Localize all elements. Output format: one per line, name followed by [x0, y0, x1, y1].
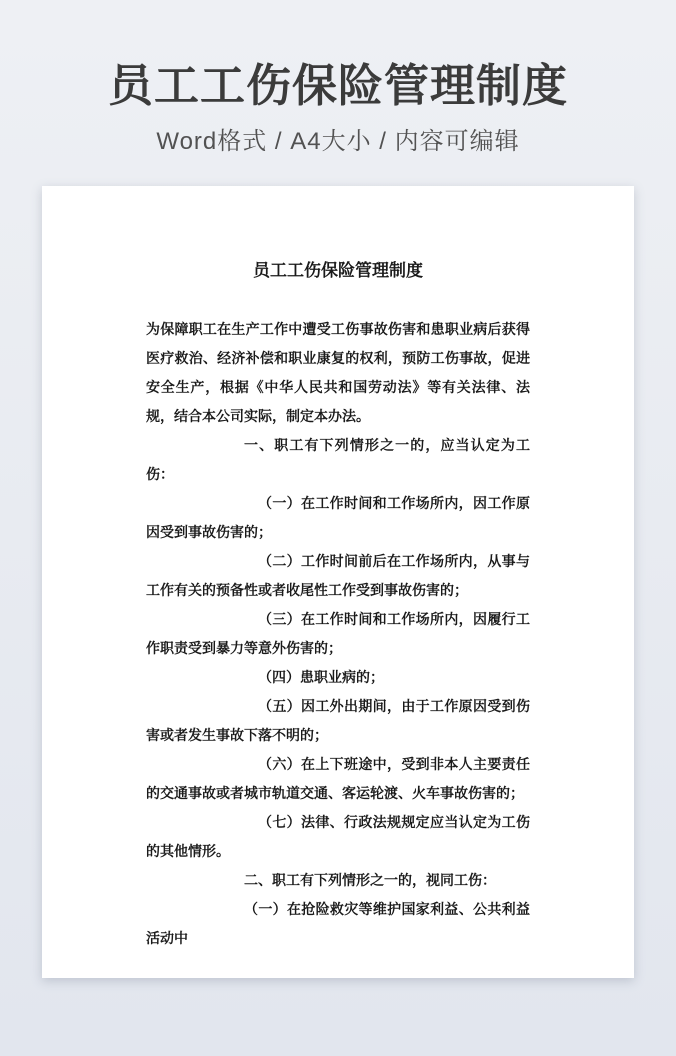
- document-paragraph: （一）在抢险救灾等维护国家利益、公共利益活动中: [146, 895, 530, 953]
- document-paragraph: （三）在工作时间和工作场所内，因履行工作职责受到暴力等意外伤害的；: [146, 605, 530, 663]
- banner-subtitle: Word格式 / A4大小 / 内容可编辑: [0, 121, 676, 156]
- document-paragraph: （六）在上下班途中，受到非本人主要责任的交通事故或者城市轨道交通、客运轮渡、火车…: [146, 750, 530, 808]
- preview-banner: 员工工伤保险管理制度 Word格式 / A4大小 / 内容可编辑: [0, 0, 676, 156]
- preview-stage: 员工工伤保险管理制度 Word格式 / A4大小 / 内容可编辑 员工工伤保险管…: [0, 0, 676, 1056]
- document-body: 为保障职工在生产工作中遭受工伤事故伤害和患职业病后获得医疗救治、经济补偿和职业康…: [146, 315, 530, 953]
- document-paragraph: 一、职工有下列情形之一的，应当认定为工伤：: [146, 431, 530, 489]
- document-paragraph: 为保障职工在生产工作中遭受工伤事故伤害和患职业病后获得医疗救治、经济补偿和职业康…: [146, 315, 530, 431]
- document-paragraph: （一）在工作时间和工作场所内，因工作原因受到事故伤害的；: [146, 489, 530, 547]
- document-paragraph: （四）患职业病的；: [146, 663, 530, 692]
- document-paragraph: （七）法律、行政法规规定应当认定为工伤的其他情形。: [146, 808, 530, 866]
- document-paragraph: 二、职工有下列情形之一的，视同工伤：: [146, 866, 530, 895]
- banner-title: 员工工伤保险管理制度: [0, 60, 676, 112]
- document-paragraph: （五）因工外出期间，由于工作原因受到伤害或者发生事故下落不明的；: [146, 692, 530, 750]
- document-paragraph: （二）工作时间前后在工作场所内，从事与工作有关的预备性或者收尾性工作受到事故伤害…: [146, 547, 530, 605]
- document-page: 员工工伤保险管理制度 为保障职工在生产工作中遭受工伤事故伤害和患职业病后获得医疗…: [42, 186, 634, 978]
- document-title: 员工工伤保险管理制度: [146, 256, 530, 281]
